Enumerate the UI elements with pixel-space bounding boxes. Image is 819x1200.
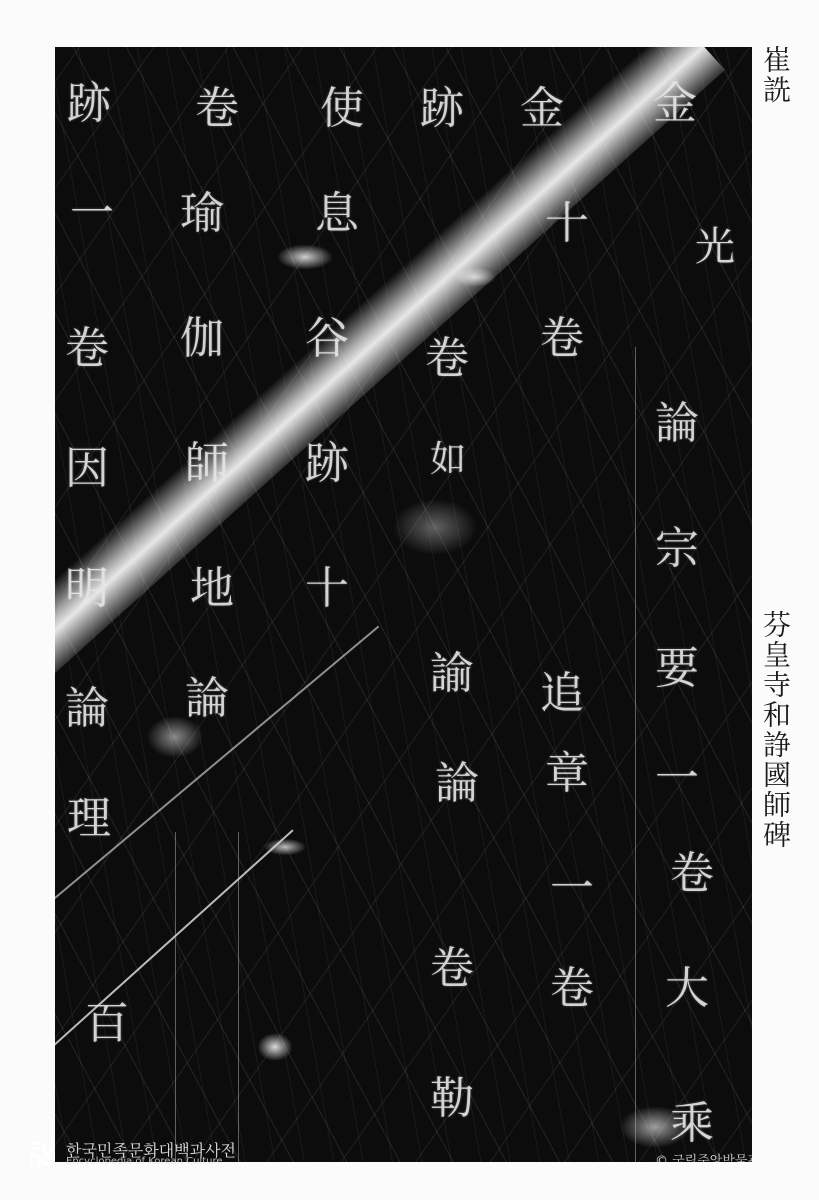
- inscription-glyph: 論: [185, 677, 229, 721]
- inscription-glyph: 大: [665, 967, 709, 1011]
- inscription-glyph: 論: [435, 762, 479, 806]
- inscription-glyph: 勒: [430, 1077, 474, 1121]
- inscription-glyph: 師: [185, 442, 229, 486]
- paper-seam: [238, 832, 239, 1162]
- inscription-glyph: 光: [695, 227, 735, 267]
- inscription-glyph: 諭: [430, 652, 474, 696]
- inscription-glyph: 如: [430, 442, 466, 478]
- inscription-glyph: 金: [653, 82, 697, 126]
- inscription-glyph: 百: [85, 1002, 129, 1046]
- inscription-glyph: 十: [305, 567, 349, 611]
- inscription-glyph: 卷: [425, 337, 469, 381]
- inscription-glyph: 乘: [670, 1102, 714, 1146]
- rubbing-texture: [55, 47, 752, 1162]
- inscription-glyph: 卷: [540, 317, 584, 361]
- inscription-glyph: 卷: [195, 87, 239, 131]
- inscription-glyph: 跡: [67, 82, 111, 126]
- inscription-glyph: 一: [70, 192, 114, 236]
- encyclopedia-logo-icon: [30, 1140, 60, 1168]
- inscription-glyph: 息: [315, 192, 359, 236]
- inscription-glyph: 一: [655, 757, 699, 801]
- stele-title-caption: 芬皇寺和諍國師碑: [755, 610, 795, 850]
- inscription-glyph: 十: [545, 202, 589, 246]
- paper-seam: [175, 832, 176, 1162]
- inscription-glyph: 地: [190, 567, 234, 611]
- inscription-glyph: 卷: [670, 852, 714, 896]
- inscription-glyph: 卷: [65, 327, 109, 371]
- inscription-glyph: 一: [550, 867, 594, 911]
- inscription-glyph: 宗: [655, 527, 699, 571]
- inscription-glyph: 跡: [305, 442, 349, 486]
- inscription-glyph: 理: [67, 797, 111, 841]
- inscription-glyph: 伽: [180, 317, 224, 361]
- inscription-glyph: 章: [545, 752, 589, 796]
- author-caption: 崔詵: [755, 45, 795, 105]
- inscription-glyph: 瑜: [180, 192, 224, 236]
- inscription-glyph: 卷: [430, 947, 474, 991]
- inscription-glyph: 因: [65, 447, 109, 491]
- inscription-glyph: 金: [520, 87, 564, 131]
- inscription-glyph: 明: [65, 567, 109, 611]
- inscription-glyph: 論: [655, 402, 699, 446]
- inscription-glyph: 追: [540, 672, 584, 716]
- inscription-glyph: 跡: [420, 87, 464, 131]
- inscription-glyph: 使: [320, 87, 364, 131]
- inscription-glyph: 要: [655, 647, 699, 691]
- inscription-glyph: 谷: [305, 317, 349, 361]
- copyright-watermark: © 국립중앙박물관: [655, 1150, 760, 1169]
- stele-rubbing: 金 光 論 宗 要 一 卷 大 乘 金 十 卷 追 章 一 卷 跡 卷 如 諭 …: [55, 47, 752, 1162]
- paper-seam: [635, 347, 636, 1162]
- watermark-english: Encyclopedia of Korean Culture: [66, 1156, 222, 1167]
- inscription-glyph: 論: [65, 687, 109, 731]
- inscription-glyph: 卷: [550, 967, 594, 1011]
